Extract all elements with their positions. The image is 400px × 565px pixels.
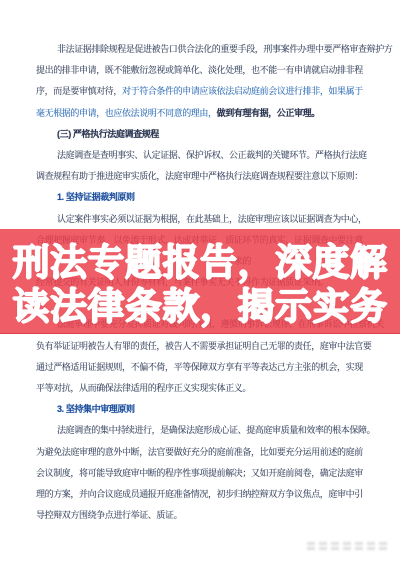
text-line: 为避免法庭审理的意外中断，法官要做好充分的庭前准备，比如要充分运用前述的庭前 <box>36 442 365 463</box>
text-line: 提出的排非申请，既不能敷衍忽视或简单化、淡化处理，也不能一有申请就启动排非程 <box>36 60 365 81</box>
promo-banner-overlay: 刑法专题报告，深度解 读法律条款，揭示实务 <box>0 229 400 334</box>
text-line: 1. 坚持证据裁判原则 <box>36 187 365 208</box>
text-line: 会议制度，将可能导致庭审中断的程序性事项提前解决；又如开庭前阅卷，确定法庭审 <box>36 463 365 484</box>
text-segment: 认定案件事实必须以证据为根据，在此基础上，法庭审理应该以证据调查为中心， <box>57 214 367 224</box>
text-line: 序，而是要审慎对待，对于符合条件的申请应该依法启动庭前会议进行排非，如果属于 <box>36 81 365 102</box>
text-segment: 3. 坚持集中审理原则 <box>57 404 135 414</box>
text-line: 调查规程有助于推进庭审实质化，法庭审理中严格执行法庭调查规程要注意以下原则： <box>36 166 365 187</box>
text-line: 导控辩双方围绕争点进行举证、质证。 <box>36 505 365 526</box>
text-segment: 导控辩双方围绕争点进行举证、质证。 <box>36 510 182 520</box>
text-segment: 提出的排非申请，既不能敷衍忽视或简单化、淡化处理，也不能一有申请就启动排非程 <box>36 65 363 75</box>
text-line: 平等对抗，从而确保法律适用的程序正义实现实体正义。 <box>36 378 365 399</box>
text-segment: 非法证据排除规程是促进被告口供合法化的重要手段，刑事案件办理中要严格审查辩护方 <box>57 44 392 54</box>
text-segment: 负有举证证明被告人有罪的责任，被告人不需要承担证明自己无罪的责任，庭审中法官要 <box>36 341 371 351</box>
text-segment: 做到有理有据，公正审理。 <box>217 108 320 118</box>
text-line: 法庭调查是查明事实、认定证据、保护诉权、公正裁判的关键环节。严格执行法庭 <box>36 145 365 166</box>
text-segment: 调查规程有助于推进庭审实质化，法庭审理中严格执行法庭调查规程要注意以下原则： <box>36 171 363 181</box>
banner-title-line-2: 读法律条款，揭示实务 <box>0 276 400 330</box>
text-segment: 理的方案，并向合议庭成员通报开庭准备情况，初步归纳控辩双方争议焦点，庭审中引 <box>36 489 363 499</box>
text-line: (三) 严格执行法庭调查规程 <box>36 124 365 145</box>
text-segment: 通过严格适用证据规则，不偏不倚，平等保障双方享有平等表达己方主张的机会，实现 <box>36 362 363 372</box>
text-line: 通过严格适用证据规则，不偏不倚，平等保障双方享有平等表达己方主张的机会，实现 <box>36 357 365 378</box>
text-line: 理的方案，并向合议庭成员通报开庭准备情况，初步归纳控辩双方争议焦点，庭审中引 <box>36 484 365 505</box>
text-segment: 会议制度，将可能导致庭审中断的程序性事项提前解决；又如开庭前阅卷，确定法庭审 <box>36 468 363 478</box>
text-segment: 法庭调查是查明事实、认定证据、保护诉权、公正裁判的关键环节。严格执行法庭 <box>57 150 367 160</box>
text-line: 认定案件事实必须以证据为根据，在此基础上，法庭审理应该以证据调查为中心， <box>36 209 365 230</box>
watermark-text: 〓〓〓〓〓〓〓 <box>306 538 390 553</box>
text-segment: 对于符合条件的申请应该依法启动庭前会议进行排非，如果属于 <box>122 86 363 96</box>
text-segment: 1. 坚持证据裁判原则 <box>57 192 135 202</box>
document-page: 非法证据排除规程是促进被告口供合法化的重要手段，刑事案件办理中要严格审查辩护方提… <box>0 0 400 565</box>
text-line: 法庭调查的集中持续进行，是确保法庭形成心证、提高庭审质量和效率的根本保障。 <box>36 420 365 441</box>
text-line: 3. 坚持集中审理原则 <box>36 399 365 420</box>
text-line: 非法证据排除规程是促进被告口供合法化的重要手段，刑事案件办理中要严格审查辩护方 <box>36 39 365 60</box>
text-segment: 法庭调查的集中持续进行，是确保法庭形成心证、提高庭审质量和效率的根本保障。 <box>57 425 375 435</box>
text-segment: 为避免法庭审理的意外中断，法官要做好充分的庭前准备，比如要充分运用前述的庭前 <box>36 447 363 457</box>
text-segment: (三) 严格执行法庭调查规程 <box>57 129 159 139</box>
text-line: 负有举证证明被告人有罪的责任，被告人不需要承担证明自己无罪的责任，庭审中法官要 <box>36 336 365 357</box>
text-line: 毫无根据的申请，也应依法说明不同意的理由，做到有理有据，公正审理。 <box>36 103 365 124</box>
text-segment: 序，而是要审慎对待， <box>36 86 122 96</box>
text-segment: 毫无根据的申请，也应依法说明不同意的理由， <box>36 108 217 118</box>
text-segment: 平等对抗，从而确保法律适用的程序正义实现实体正义。 <box>36 383 251 393</box>
